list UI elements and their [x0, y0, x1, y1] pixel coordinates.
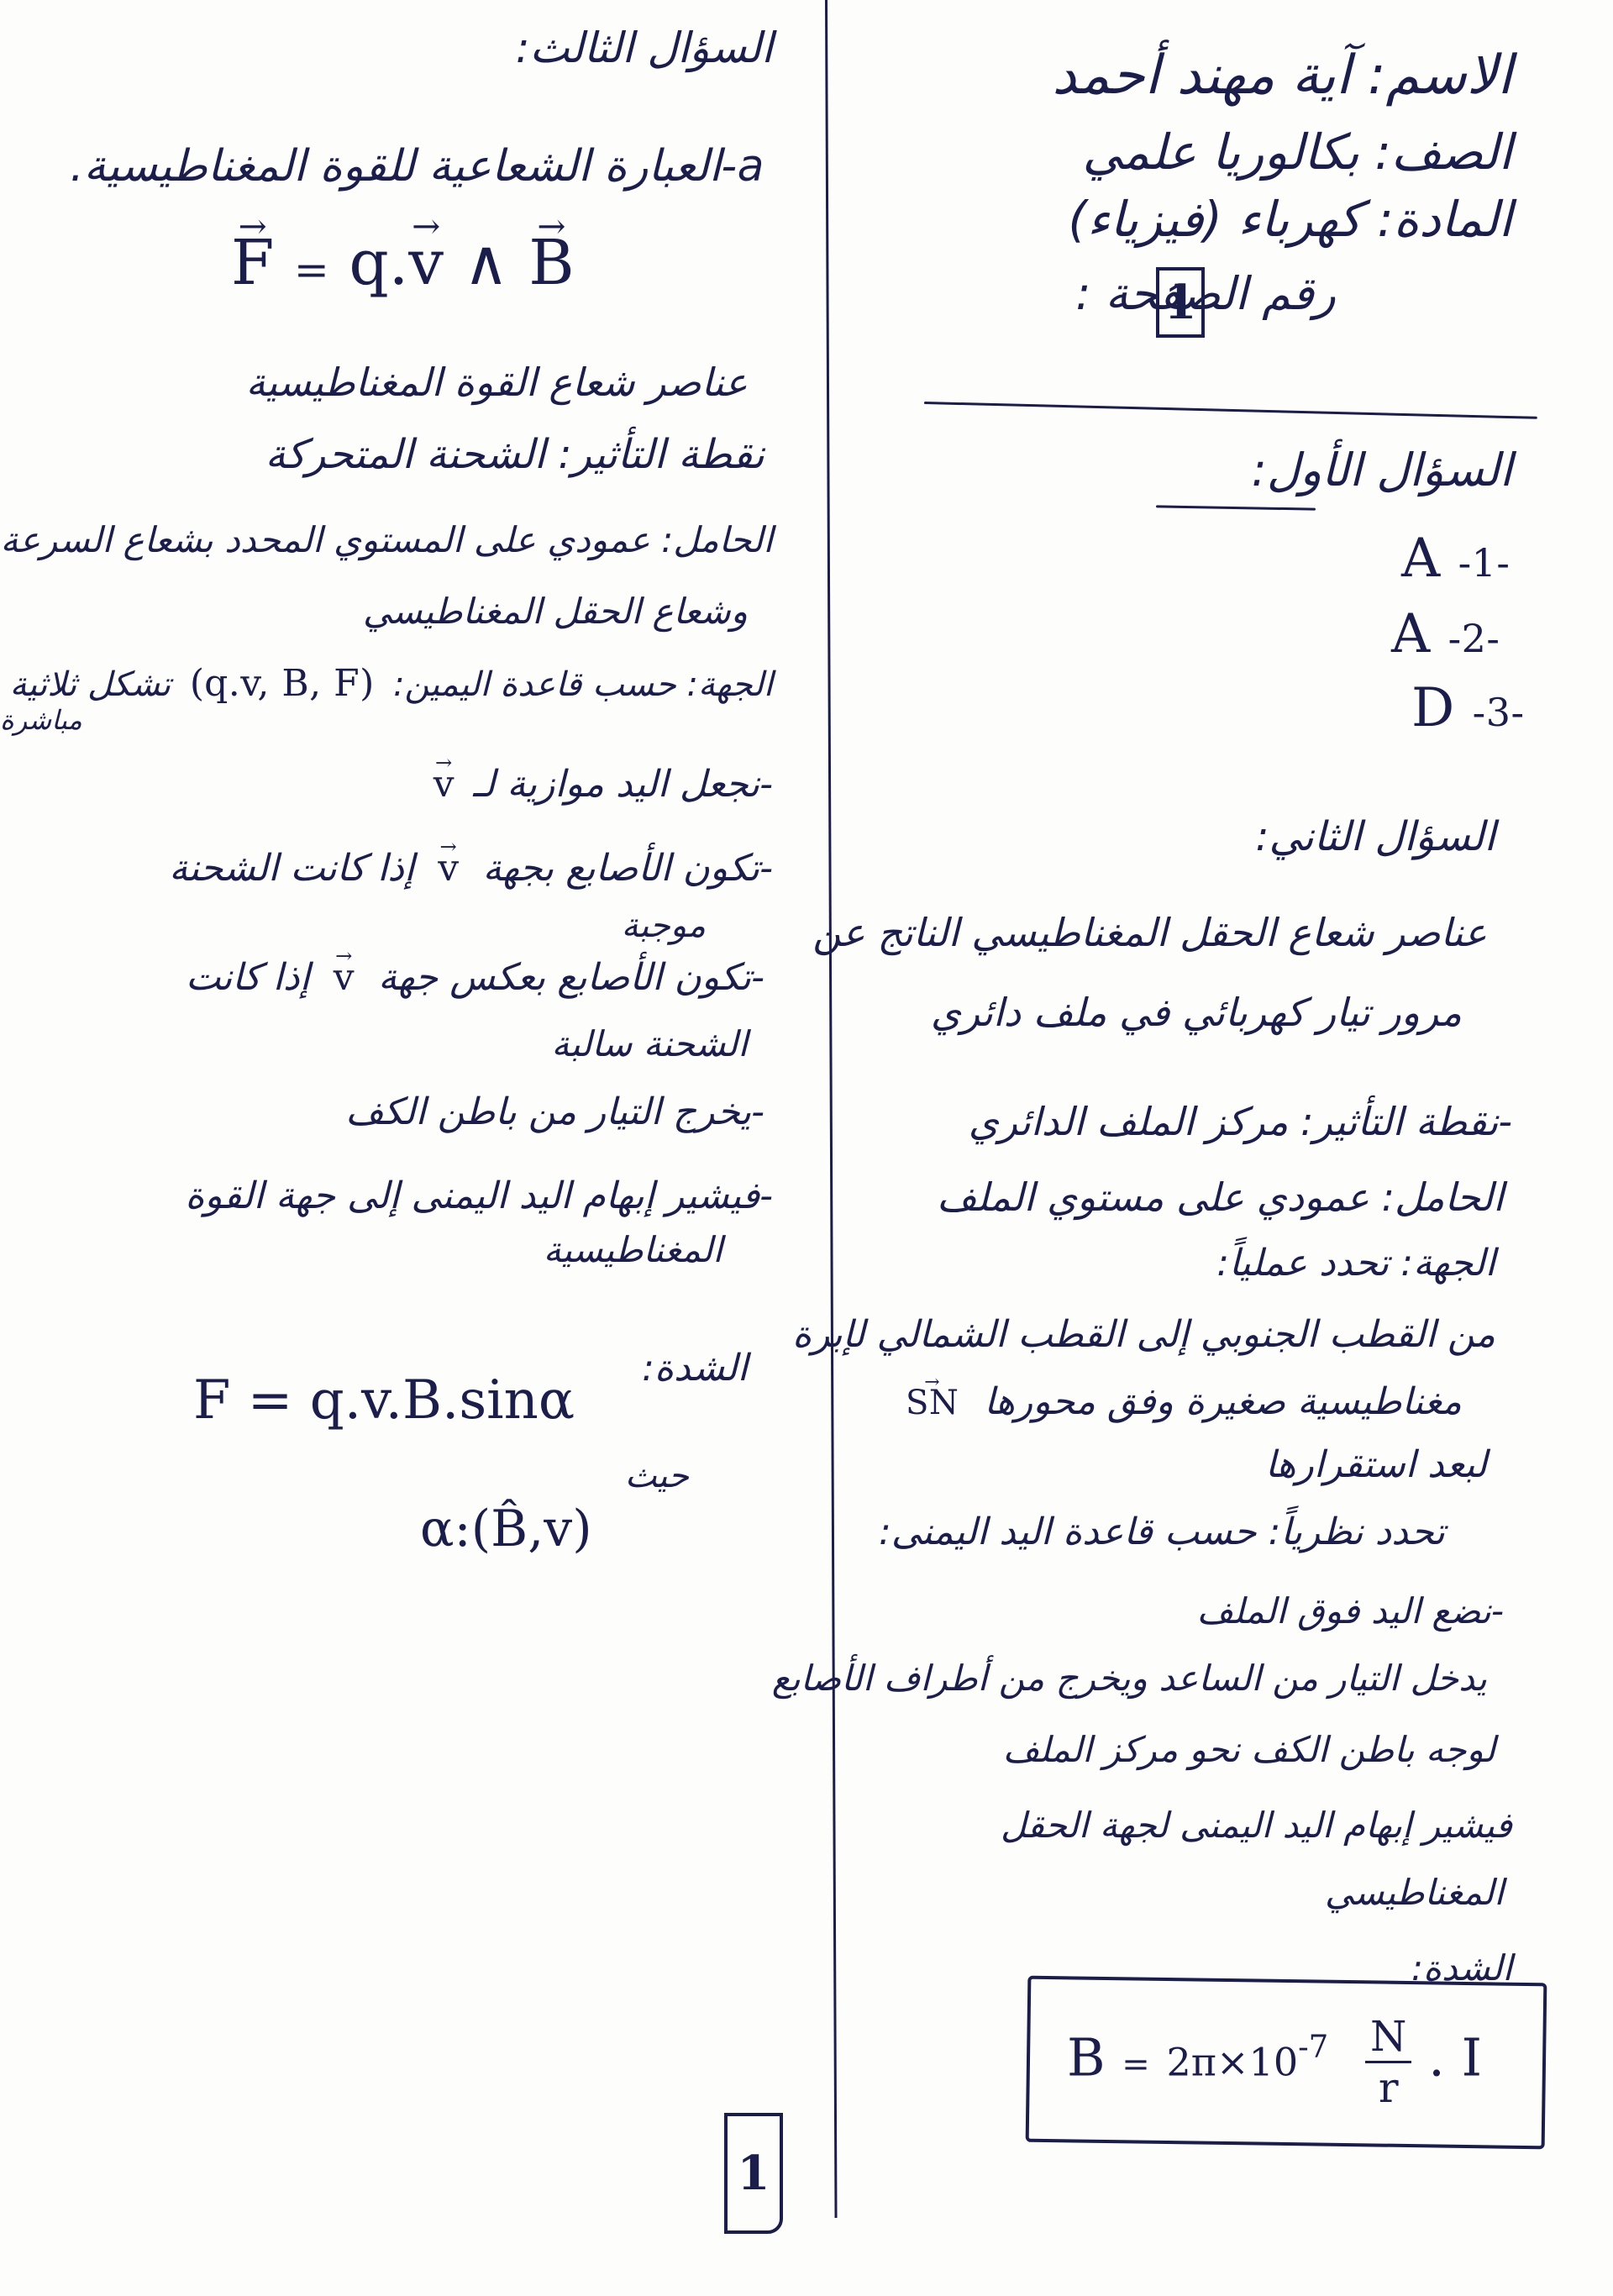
q3-rule-3c: الشحنة سالبة [551, 1025, 748, 1064]
page-number-box: 1 [1156, 267, 1205, 338]
q3-direction-suffix-2-text: مباشرة [0, 704, 82, 736]
q1-answer-1-number: -1- [1458, 540, 1511, 586]
q3-rule-4: -يخرج التيار من باطن الكف [345, 1092, 764, 1132]
q2-theory-title: تحدد نظرياً: حسب قاعدة اليد اليمنى: [879, 1512, 1445, 1553]
q3-rule-2-text-b: إذا كانت الشحنة [169, 847, 414, 890]
q2-rule-2: يدخل التيار من الساعد ويخرج من أطراف الأ… [772, 1659, 1487, 1698]
q3-vf-eq: = [294, 245, 329, 294]
question3-title: السؤال الثالث: [516, 25, 773, 71]
q2-formula-coef: 2π×10 [1167, 2040, 1299, 2085]
q3-rule-3-text-b: إذا كانت [186, 956, 310, 999]
q3-support-1: الحامل: عمودي على المستوي المحدد بشعاع ا… [0, 521, 773, 560]
q1-answer-2: A -2- [1391, 605, 1500, 664]
q2-rule-3: لوجه باطن الكف نحو مركز الملف [1003, 1731, 1495, 1769]
q2-formula-lhs: B [1067, 2027, 1106, 2088]
question1-title-underline [1156, 505, 1316, 510]
subject: المادة: كهرباء (فيزياء) [1068, 193, 1512, 247]
q3-vf-op: ∧ [464, 227, 509, 299]
q3-support-2: وشعاع الحقل المغناطيسي [363, 592, 748, 631]
q2-direction-exp-3: لبعد استقرارها [1265, 1445, 1487, 1485]
q1-answer-3-number: -3- [1473, 690, 1525, 735]
q3-where-label: حيث [625, 1458, 689, 1495]
q2-point: -نقطة التأثير: مركز الملف الدائري [969, 1101, 1512, 1143]
q3-rule-2-vec: v [438, 849, 459, 889]
q3-rule-1-vec: v [433, 764, 454, 805]
q1-answer-1-choice: A [1401, 528, 1441, 590]
q3-vf-b: B [528, 227, 574, 299]
q2-formula-num: N [1365, 2012, 1411, 2063]
q3-direction-suffix-1: تشكل ثلاثية [10, 665, 171, 704]
q3-rule-2c: موجبة [622, 907, 706, 944]
q2-formula-tail: . I [1428, 2027, 1482, 2088]
q3-rule-3-vec: v [334, 958, 355, 998]
q3-angle-definition: α:(B̂,v) [420, 1500, 592, 1558]
footer-page-box: 1 [724, 2113, 783, 2234]
q2-direction-exp-2: مغناطيسية صغيرة وفق محورها SN [906, 1382, 1462, 1422]
sn-vector: SN [906, 1384, 959, 1421]
student-class: الصف: بكالوريا علمي [1082, 126, 1512, 180]
q3-rule-1-text: -نجعل اليد موازية لـ [473, 763, 773, 806]
q3-vf-q: q. [349, 227, 408, 299]
q2-direction-exp-2-text: مغناطيسية صغيرة وفق محورها [984, 1380, 1462, 1423]
q3-magnitude-title: الشدة: [642, 1348, 748, 1389]
q3-rule-3: -تكون الأصابع بعكس جهة v إذا كانت [186, 958, 764, 998]
q3-elements-title: عناصر شعاع القوة المغناطيسية [246, 361, 748, 404]
q3-vf-v: v [408, 227, 444, 299]
q3-direction: الجهة: حسب قاعدة اليمين: (q.v, B, F) تشك… [10, 664, 773, 704]
q3-magnitude-formula: F = q.v.B.sinα [193, 1369, 575, 1432]
q3-rule-2: -تكون الأصابع بجهة v إذا كانت الشحنة [169, 849, 773, 889]
q1-answer-2-number: -2- [1448, 616, 1500, 661]
page-number-label: رقم الصفحة : [1075, 269, 1336, 318]
q3-part-a: a-العبارة الشعاعية للقوة المغناطيسية. [70, 143, 764, 191]
q3-direction-suffix-2: مباشرة [0, 706, 82, 735]
column-divider [825, 0, 838, 2218]
q3-rule-5b: المغناطيسية [544, 1231, 722, 1269]
question1-title: السؤال الأول: [1252, 445, 1512, 495]
q2-formula: B = 2π×10-7 N r . I [1067, 2012, 1482, 2112]
footer-page-number: 1 [738, 2146, 770, 2201]
page-number: 1 [1164, 275, 1197, 330]
q3-rule-5: -فيشير إبهام اليد اليمنى إلى جهة القوة [185, 1176, 773, 1216]
q2-rule-4b: المغناطيسي [1325, 1873, 1504, 1912]
q3-rule-3-text-a: -تكون الأصابع بعكس جهة [378, 956, 764, 999]
q1-answer-3-choice: D [1411, 677, 1455, 739]
header-separator [924, 402, 1537, 419]
q2-intro-1: عناصر شعاع الحقل المغناطيسي الناتج عن [812, 912, 1487, 954]
q3-direction-prefix: الجهة: حسب قاعدة اليمين: [393, 665, 773, 704]
q2-formula-den: r [1379, 2063, 1399, 2112]
q2-rule-4: فيشير إبهام اليد اليمنى لجهة الحقل [1001, 1806, 1512, 1845]
q2-direction-title: الجهة: تحدد عملياً: [1216, 1243, 1495, 1284]
q1-answer-2-choice: A [1391, 603, 1431, 665]
q1-answer-3: D -3- [1411, 679, 1525, 738]
q2-formula-exp: -7 [1298, 2028, 1328, 2065]
q3-vf-lhs: F [231, 227, 274, 299]
q3-point: نقطة التأثير: الشحنة المتحركة [265, 433, 764, 477]
q3-rule-2-text-a: -تكون الأصابع بجهة [483, 847, 773, 890]
q2-formula-fraction: N r [1365, 2012, 1411, 2112]
q2-formula-eq: = [1122, 2046, 1150, 2084]
q2-direction-exp-1: من القطب الجنوبي إلى القطب الشمالي لإبرة [792, 1315, 1495, 1355]
q3-direction-triplet: (q.v, B, F) [190, 662, 374, 705]
q3-vector-formula: F = q.v ∧ B [231, 227, 575, 299]
student-name: الاسم: آية مهند أحمد [1052, 46, 1512, 105]
q2-intro-2: مرور تيار كهربائي في ملف دائري [931, 991, 1462, 1034]
question2-title: السؤال الثاني: [1255, 815, 1495, 859]
q2-support: الحامل: عمودي على مستوي الملف [937, 1176, 1504, 1219]
q3-rule-1: -نجعل اليد موازية لـ v [433, 764, 773, 805]
q2-rule-1: -نضع اليد فوق الملف [1197, 1592, 1504, 1631]
q1-answer-1: A -1- [1401, 529, 1510, 588]
